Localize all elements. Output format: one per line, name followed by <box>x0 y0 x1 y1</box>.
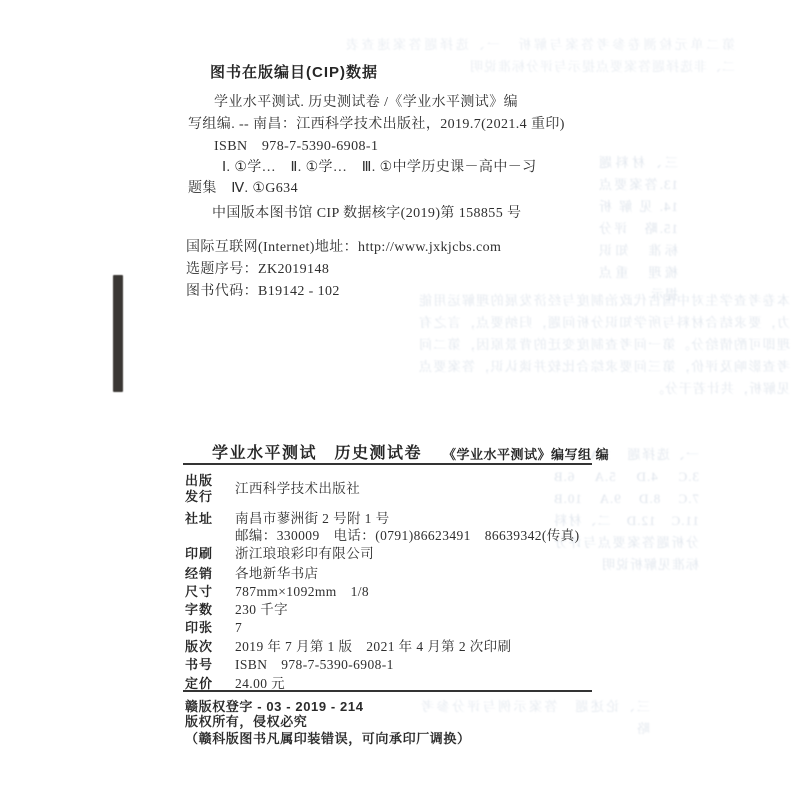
page-showthrough-text: 三、材料题 13.答案要点 14.见解析 15.略 评分标准 知识梳理 重点提示 <box>598 152 678 304</box>
isbn-value: ISBN 978-7-5390-6908-1 <box>235 657 394 673</box>
address-label: 社址 <box>185 511 213 527</box>
distributor-name: 各地新华书店 <box>235 566 318 582</box>
spine-ink-mark <box>113 275 123 392</box>
cip-classification-line: Ⅰ. ①学… Ⅱ. ①学… Ⅲ. ①中学历史课－高中－习 <box>222 160 537 177</box>
size-label: 尺寸 <box>185 584 213 600</box>
divider-rule-top <box>183 463 592 465</box>
printer-name: 浙江琅琅彩印有限公司 <box>235 546 374 562</box>
publisher-address: 南昌市蓼洲街 2 号附 1 号 <box>235 511 390 527</box>
publisher-name: 江西科学技术出版社 <box>235 481 360 497</box>
sheets-label: 印张 <box>185 620 213 636</box>
misprint-exchange-line: （赣科版图书凡属印装错误，可向承印厂调换） <box>185 731 471 747</box>
book-title: 学业水平测试 历史测试卷 <box>212 444 422 463</box>
postal-phone-line: 邮编：330009 电话：(0791)86623491 86639342(传真) <box>235 528 579 544</box>
cip-line-1: 学业水平测试. 历史测试卷 /《学业水平测试》编 <box>214 95 518 112</box>
page-showthrough-text: 一、选择题 1.A 2.B 3.C 4.D 5.A 6.B 7.C 8.D 9.… <box>553 444 699 694</box>
distributor-label: 经销 <box>185 566 213 582</box>
cip-registry-line: 中国版本图书馆 CIP 数据核字(2019)第 158855 号 <box>212 206 521 223</box>
printer-label: 印刷 <box>185 546 213 562</box>
cip-isbn-line: ISBN 978-7-5390-6908-1 <box>214 139 378 156</box>
cip-classification-line-2: 题集 Ⅳ. ①G634 <box>188 181 298 198</box>
book-code-line: 图书代码：B19142 - 102 <box>186 284 340 301</box>
internet-address-line: 国际互联网(Internet)地址：http://www.jxkjcbs.com <box>186 240 501 257</box>
divider-rule-bottom <box>183 690 592 692</box>
all-rights-reserved-line: 版权所有，侵权必究 <box>185 714 307 730</box>
publish-label-line1: 出版 <box>185 473 213 489</box>
size-value: 787mm×1092mm 1/8 <box>235 584 369 600</box>
page-showthrough-text: 第二单元检测卷参考答案与解析 一、选择题答案速查表 二、非选择题答案要点提示与评… <box>345 34 735 80</box>
publish-label-line2: 发行 <box>185 489 213 505</box>
edition-value: 2019 年 7 月第 1 版 2021 年 4 月第 2 次印刷 <box>235 639 511 655</box>
wordcount-value: 230 千字 <box>235 602 288 618</box>
book-copyright-page: 第二单元检测卷参考答案与解析 一、选择题答案速查表 二、非选择题答案要点提示与评… <box>0 0 800 800</box>
edition-label: 版次 <box>185 639 213 655</box>
book-editor: 《学业水平测试》编写组 编 <box>443 447 609 463</box>
cip-line-2: 写组编. -- 南昌：江西科学技术出版社，2019.7(2021.4 重印) <box>188 117 565 134</box>
wordcount-label: 字数 <box>185 602 213 618</box>
cip-heading: 图书在版编目(CIP)数据 <box>210 64 378 82</box>
copyright-registration-line: 赣版权登字 - 03 - 2019 - 214 <box>185 699 364 715</box>
isbn-label: 书号 <box>185 657 213 673</box>
page-showthrough-text: 本卷考查学生对中国古代政治制度与经济发展的理解运用能力，要求结合材料与所学知识分… <box>418 290 790 438</box>
topic-number-line: 选题序号：ZK2019148 <box>186 262 329 279</box>
sheets-value: 7 <box>235 620 242 636</box>
